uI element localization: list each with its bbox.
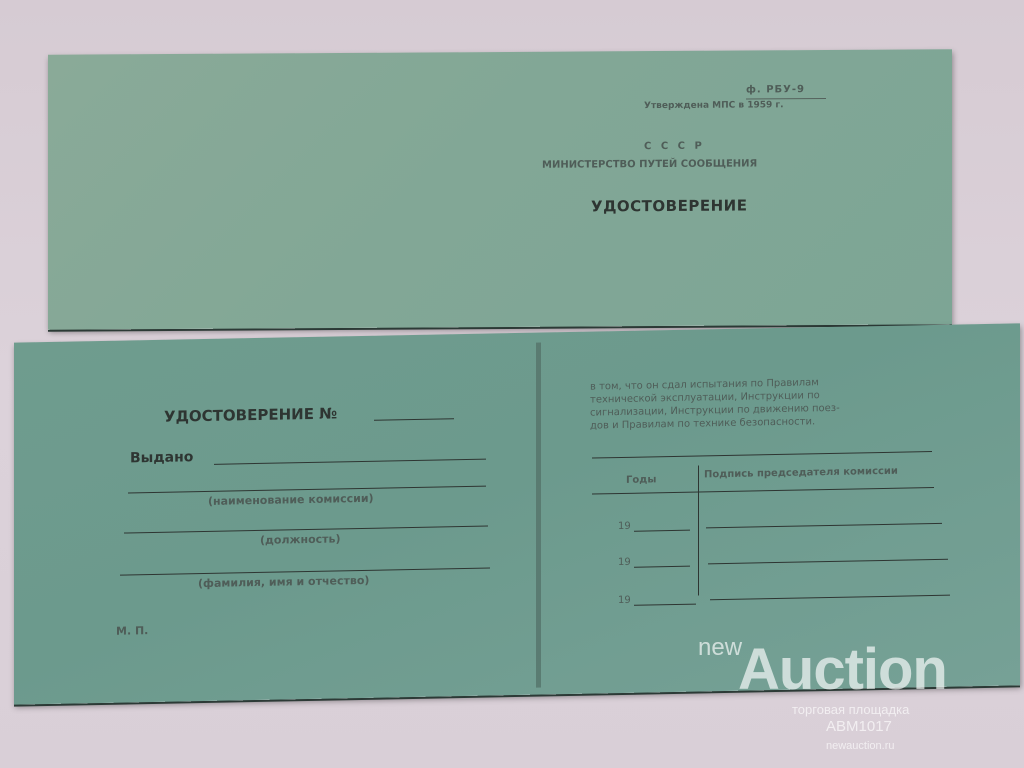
position-caption: (должность) bbox=[260, 532, 341, 547]
name-caption: (фамилия, имя и отчество) bbox=[198, 574, 369, 590]
table-top-line bbox=[592, 451, 932, 459]
watermark-brand-prefix: new bbox=[698, 634, 742, 662]
certificate-number-line bbox=[374, 418, 454, 421]
watermark-url: newauction.ru bbox=[826, 740, 895, 752]
signature-row-1-line bbox=[706, 523, 942, 529]
signature-row-2-line bbox=[708, 559, 948, 565]
year-row-2-prefix: 19 bbox=[618, 557, 631, 568]
certificate-cover: ф. РБУ-9 Утверждена МПС в 1959 г. С С С … bbox=[48, 49, 952, 330]
table-header-line bbox=[592, 487, 934, 495]
exam-text-line-4: дов и Правилам по технике безопасности. bbox=[590, 416, 815, 431]
form-code-underline bbox=[746, 98, 826, 99]
commission-caption: (наименование комиссии) bbox=[208, 492, 374, 508]
certificate-number-label: УДОСТОВЕРЕНИЕ № bbox=[164, 404, 337, 425]
cover-title: УДОСТОВЕРЕНИЕ bbox=[591, 196, 747, 215]
year-row-1-prefix: 19 bbox=[618, 521, 631, 532]
watermark-seller: АВМ1017 bbox=[826, 718, 892, 735]
approval-note: Утверждена МПС в 1959 г. bbox=[644, 100, 784, 111]
year-row-2-line bbox=[634, 566, 690, 568]
ministry-label: МИНИСТЕРСТВО ПУТЕЙ СООБЩЕНИЯ bbox=[542, 158, 757, 170]
fold-line bbox=[536, 343, 541, 688]
year-row-3-line bbox=[634, 604, 696, 606]
watermark-tagline: торговая площадка bbox=[792, 702, 909, 717]
issued-label: Выдано bbox=[130, 449, 193, 466]
years-header: Годы bbox=[626, 474, 656, 486]
watermark-brand: Auction bbox=[738, 636, 947, 703]
signature-header: Подпись председателя комиссии bbox=[704, 466, 898, 481]
form-code: ф. РБУ-9 bbox=[746, 84, 805, 95]
year-row-3-prefix: 19 bbox=[618, 595, 631, 606]
signature-row-3-line bbox=[710, 595, 950, 601]
country-label: С С С Р bbox=[644, 141, 705, 152]
issued-line bbox=[214, 459, 486, 465]
year-row-1-line bbox=[634, 530, 690, 532]
table-column-divider bbox=[698, 466, 699, 596]
stamp-place-label: М. П. bbox=[116, 624, 148, 638]
